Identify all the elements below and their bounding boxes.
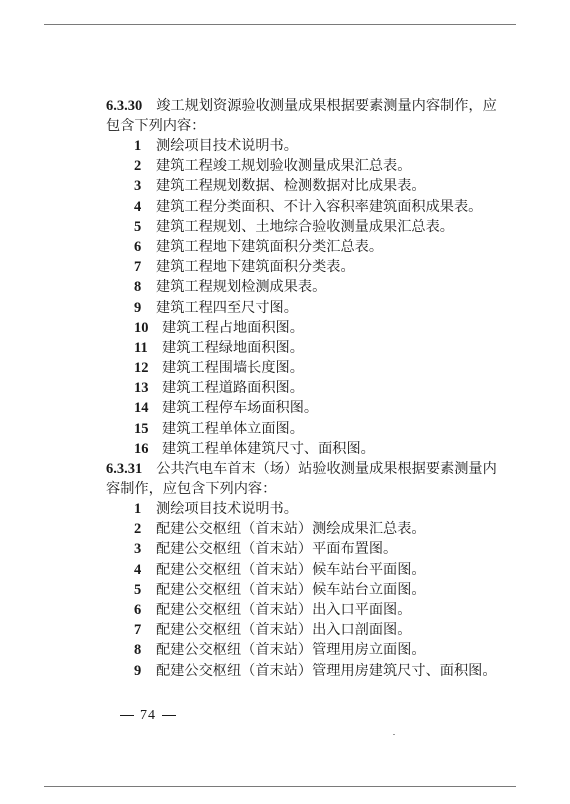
- list-item: 2配建公交枢纽（首末站）测绘成果汇总表。: [106, 519, 506, 539]
- list-item: 16建筑工程单体建筑尺寸、面积图。: [106, 439, 506, 459]
- item-text: 配建公交枢纽（首末站）测绘成果汇总表。: [156, 521, 426, 537]
- list-item: 5配建公交枢纽（首末站）候车站台立面图。: [106, 580, 506, 600]
- list-item: 14建筑工程停车场面积图。: [106, 398, 506, 418]
- item-text: 配建公交枢纽（首末站）候车站台立面图。: [156, 582, 426, 598]
- page-number-value: 74: [140, 708, 156, 723]
- item-text: 配建公交枢纽（首末站）候车站台平面图。: [156, 562, 426, 578]
- bottom-rule: [44, 786, 516, 787]
- item-number: 5: [134, 580, 156, 600]
- item-text: 配建公交枢纽（首末站）出入口平面图。: [156, 602, 411, 618]
- item-text: 建筑工程围墙长度图。: [162, 360, 304, 376]
- list-item: 5建筑工程规划、土地综合验收测量成果汇总表。: [106, 217, 506, 237]
- page-number: 74: [114, 708, 182, 724]
- list-item: 10建筑工程占地面积图。: [106, 318, 506, 338]
- item-number: 1: [134, 499, 156, 519]
- list-item: 13建筑工程道路面积图。: [106, 378, 506, 398]
- list-item: 9配建公交枢纽（首末站）管理用房建筑尺寸、面积图。: [106, 661, 506, 681]
- list-item: 6配建公交枢纽（首末站）出入口平面图。: [106, 600, 506, 620]
- item-number: 4: [134, 197, 156, 217]
- dash-left: [120, 715, 134, 716]
- item-text: 建筑工程停车场面积图。: [162, 400, 318, 416]
- item-text: 建筑工程竣工规划验收测量成果汇总表。: [156, 158, 411, 174]
- item-text: 建筑工程分类面积、不计入容积率建筑面积成果表。: [156, 199, 482, 215]
- item-text: 建筑工程地下建筑面积分类表。: [156, 259, 355, 275]
- list-item: 4建筑工程分类面积、不计入容积率建筑面积成果表。: [106, 197, 506, 217]
- list-item: 12建筑工程围墙长度图。: [106, 358, 506, 378]
- item-number: 7: [134, 257, 156, 277]
- list-item: 1测绘项目技术说明书。: [106, 499, 506, 519]
- list-item: 8配建公交枢纽（首末站）管理用房立面图。: [106, 640, 506, 660]
- list-item: 7配建公交枢纽（首末站）出入口剖面图。: [106, 620, 506, 640]
- item-number: 5: [134, 217, 156, 237]
- item-number: 16: [134, 439, 162, 459]
- top-rule: [44, 24, 516, 25]
- item-text: 建筑工程四至尺寸图。: [156, 300, 298, 316]
- list-item: 8建筑工程规划检测成果表。: [106, 277, 506, 297]
- list-item: 6建筑工程地下建筑面积分类汇总表。: [106, 237, 506, 257]
- item-number: 8: [134, 640, 156, 660]
- list-item: 3配建公交枢纽（首末站）平面布置图。: [106, 539, 506, 559]
- item-text: 配建公交枢纽（首末站）平面布置图。: [156, 541, 397, 557]
- item-number: 9: [134, 298, 156, 318]
- clause-heading: 6.3.31公共汽电车首末（场）站验收测量成果根据要素测量内 容制作，应包含下列…: [106, 459, 506, 499]
- item-text: 建筑工程单体建筑尺寸、面积图。: [162, 441, 375, 457]
- clause-heading-line1: 竣工规划资源验收测量成果根据要素测量内容制作，应: [156, 98, 497, 114]
- item-text: 建筑工程绿地面积图。: [162, 340, 304, 356]
- item-number: 2: [134, 156, 156, 176]
- document-body: 6.3.30竣工规划资源验收测量成果根据要素测量内容制作，应 包含下列内容： 1…: [106, 96, 506, 681]
- clause-6-3-31: 6.3.31公共汽电车首末（场）站验收测量成果根据要素测量内 容制作，应包含下列…: [106, 459, 506, 681]
- item-text: 建筑工程地下建筑面积分类汇总表。: [156, 239, 383, 255]
- item-number: 13: [134, 378, 162, 398]
- item-number: 7: [134, 620, 156, 640]
- clause-number: 6.3.30: [106, 98, 142, 114]
- item-number: 8: [134, 277, 156, 297]
- list-item: 4配建公交枢纽（首末站）候车站台平面图。: [106, 560, 506, 580]
- item-number: 10: [134, 318, 162, 338]
- list-item: 2建筑工程竣工规划验收测量成果汇总表。: [106, 156, 506, 176]
- item-number: 6: [134, 237, 156, 257]
- item-text: 配建公交枢纽（首末站）出入口剖面图。: [156, 622, 411, 638]
- item-number: 2: [134, 519, 156, 539]
- item-number: 1: [134, 136, 156, 156]
- item-text: 建筑工程规划数据、检测数据对比成果表。: [156, 178, 426, 194]
- item-number: 14: [134, 398, 162, 418]
- clause-6-3-30: 6.3.30竣工规划资源验收测量成果根据要素测量内容制作，应 包含下列内容： 1…: [106, 96, 506, 459]
- item-number: 4: [134, 560, 156, 580]
- dash-right: [162, 715, 176, 716]
- item-number: 11: [134, 338, 162, 358]
- item-text: 建筑工程规划、土地综合验收测量成果汇总表。: [156, 219, 454, 235]
- item-text: 配建公交枢纽（首末站）管理用房建筑尺寸、面积图。: [156, 663, 497, 679]
- clause-item-list: 1测绘项目技术说明书。 2建筑工程竣工规划验收测量成果汇总表。 3建筑工程规划数…: [106, 136, 506, 459]
- item-number: 12: [134, 358, 162, 378]
- scan-speck: [393, 734, 395, 735]
- list-item: 1测绘项目技术说明书。: [106, 136, 506, 156]
- item-text: 建筑工程占地面积图。: [162, 320, 304, 336]
- item-text: 测绘项目技术说明书。: [156, 501, 298, 517]
- clause-heading-line2: 容制作，应包含下列内容：: [106, 479, 506, 499]
- item-text: 测绘项目技术说明书。: [156, 138, 298, 154]
- clause-heading: 6.3.30竣工规划资源验收测量成果根据要素测量内容制作，应 包含下列内容：: [106, 96, 506, 136]
- item-number: 3: [134, 176, 156, 196]
- clause-heading-line2: 包含下列内容：: [106, 116, 506, 136]
- item-text: 配建公交枢纽（首末站）管理用房立面图。: [156, 642, 426, 658]
- item-number: 15: [134, 419, 162, 439]
- item-text: 建筑工程道路面积图。: [162, 380, 304, 396]
- item-text: 建筑工程单体立面图。: [162, 421, 304, 437]
- clause-number: 6.3.31: [106, 461, 142, 477]
- item-number: 6: [134, 600, 156, 620]
- item-number: 3: [134, 539, 156, 559]
- clause-heading-line1: 公共汽电车首末（场）站验收测量成果根据要素测量内: [156, 461, 497, 477]
- list-item: 7建筑工程地下建筑面积分类表。: [106, 257, 506, 277]
- item-number: 9: [134, 661, 156, 681]
- clause-item-list: 1测绘项目技术说明书。 2配建公交枢纽（首末站）测绘成果汇总表。 3配建公交枢纽…: [106, 499, 506, 681]
- item-text: 建筑工程规划检测成果表。: [156, 279, 326, 295]
- list-item: 9建筑工程四至尺寸图。: [106, 298, 506, 318]
- list-item: 11建筑工程绿地面积图。: [106, 338, 506, 358]
- list-item: 3建筑工程规划数据、检测数据对比成果表。: [106, 176, 506, 196]
- list-item: 15建筑工程单体立面图。: [106, 419, 506, 439]
